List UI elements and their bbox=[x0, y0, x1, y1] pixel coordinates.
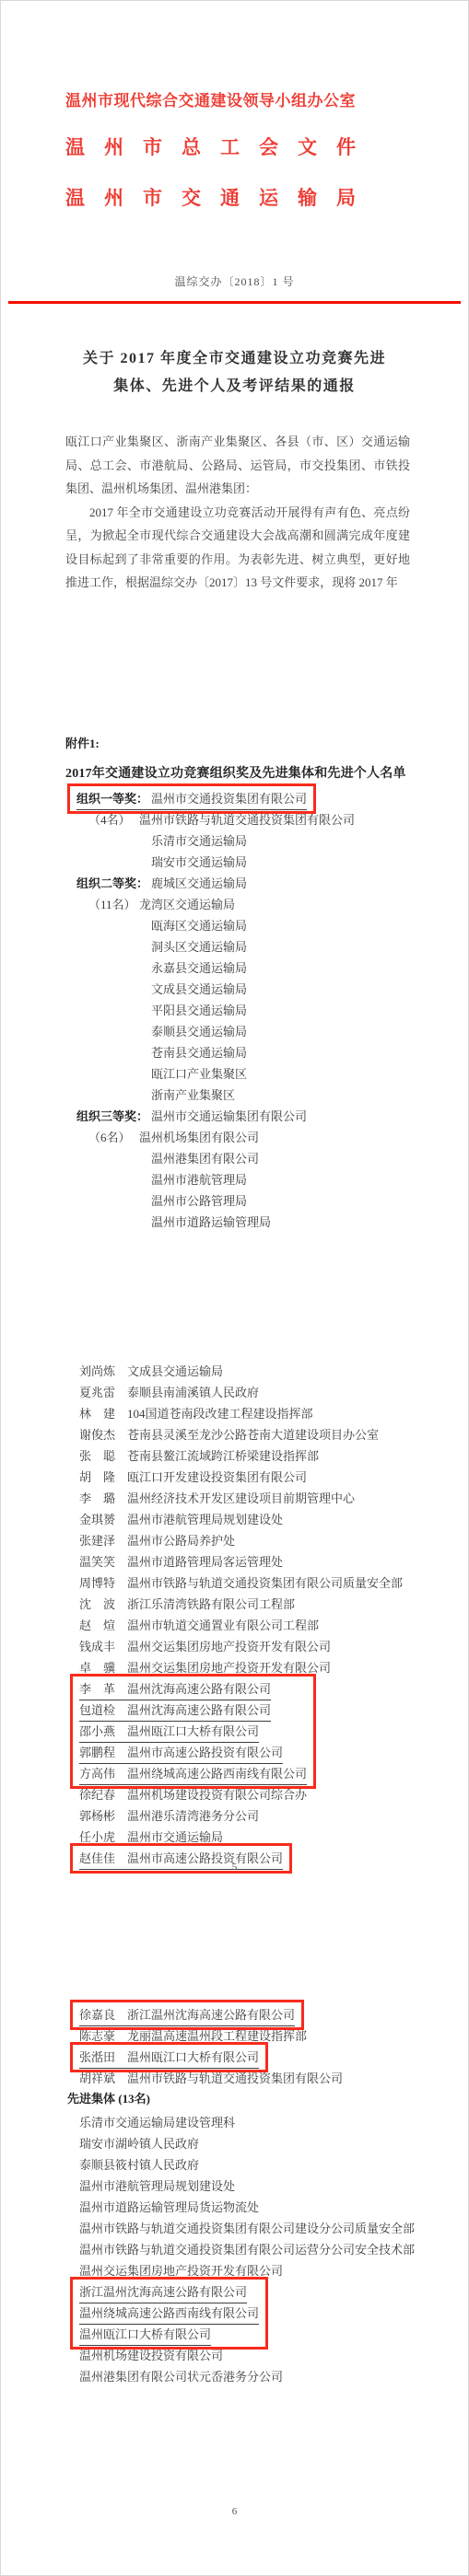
individual-row-text: 李 璐温州经济技术开发区建设项目前期管理中心 bbox=[79, 1488, 355, 1509]
individual-row: 胡 隆瓯江口开发建设投资集团有限公司 bbox=[79, 1467, 403, 1488]
page-number-6: 6 bbox=[1, 2506, 468, 2517]
letterhead: 温州市现代综合交通建设领导小组办公室 温 州 市 总 工 会 文 件 温 州 市… bbox=[65, 87, 356, 211]
collective-row-text: 泰顺县筱村镇人民政府 bbox=[79, 2154, 199, 2176]
individual-row-text: 方高伟温州绕城高速公路西南线有限公司 bbox=[79, 1763, 307, 1785]
award-row: 永嘉县交通运输局 bbox=[76, 957, 406, 979]
award-row: 组织三等奖：温州市交通运输集团有限公司 bbox=[76, 1106, 406, 1127]
individual-row-text: 张建泽温州市公路局养护处 bbox=[79, 1530, 235, 1551]
document-body: 瓯江口产业集聚区、浙南产业集聚区、各县（市、区）交通运输局、总工会、市港航局、公… bbox=[65, 430, 410, 595]
collective-row-text: 温州港集团有限公司状元岙港务分公司 bbox=[79, 2366, 283, 2387]
collective-row-text: 温州市港航管理局规划建设处 bbox=[79, 2176, 235, 2197]
individual-row-text: 张湉田温州瓯江口大桥有限公司 bbox=[79, 2047, 259, 2069]
award-row-text: 瓯江口产业集聚区 bbox=[76, 1063, 247, 1085]
award-row-text: 文成县交通运输局 bbox=[76, 979, 247, 1000]
collective-row: 瑞安市湖岭镇人民政府 bbox=[79, 2133, 415, 2154]
individual-row-text: 林 建104国道苍南段改建工程建设指挥部 bbox=[79, 1403, 313, 1424]
individual-row-text: 赵 煊温州市轨道交通置业有限公司工程部 bbox=[79, 1615, 319, 1636]
individual-row-text: 胡 隆瓯江口开发建设投资集团有限公司 bbox=[79, 1467, 307, 1488]
award-row: 乐清市交通运输局 bbox=[76, 830, 406, 852]
individual-row: 张 聪苍南县鳌江流域跨江桥梁建设指挥部 bbox=[79, 1445, 403, 1467]
award-row-text: 泰顺县交通运输局 bbox=[76, 1021, 247, 1042]
individual-row-text: 胡祥斌温州市铁路与轨道交通投资集团有限公司 bbox=[79, 2068, 343, 2089]
award-row: （6名）温州机场集团有限公司 bbox=[76, 1127, 406, 1148]
collective-row: 温州机场建设投资有限公司 bbox=[79, 2345, 415, 2366]
collective-row: 浙江温州沈海高速公路有限公司 bbox=[79, 2281, 259, 2303]
attachment-heading: 2017年交通建设立功竞赛组织奖及先进集体和先进个人名单 bbox=[65, 763, 406, 782]
individual-row: 刘尚炼文成县交通运输局 bbox=[79, 1361, 403, 1382]
individual-row-text: 钱成丰温州交运集团房地产投资开发有限公司 bbox=[79, 1636, 331, 1657]
award-row-text: 温州市港航管理局 bbox=[76, 1169, 247, 1190]
individual-row-text: 徐纪春温州机场建设投资有限公司综合办 bbox=[79, 1784, 307, 1805]
award-row: 瑞安市交通运输局 bbox=[76, 852, 406, 873]
individual-row: 徐纪春温州机场建设投资有限公司综合办 bbox=[79, 1784, 403, 1805]
attachment-section: 附件1: 2017年交通建设立功竞赛组织奖及先进集体和先进个人名单 组织一等奖：… bbox=[65, 734, 406, 1233]
highlight-red-box: 组织一等奖：温州市交通投资集团有限公司 bbox=[70, 786, 313, 811]
individual-row: 赵 煊温州市轨道交通置业有限公司工程部 bbox=[79, 1615, 403, 1636]
individual-row: 周博特温州市铁路与轨道交通投资集团有限公司质量安全部 bbox=[79, 1572, 403, 1594]
individual-row: 谢俊杰苍南县灵溪至龙沙公路苍南大道建设项目办公室 bbox=[79, 1424, 403, 1445]
collective-row: 温州瓯江口大桥有限公司 bbox=[79, 2324, 259, 2345]
collective-row: 温州绕城高速公路西南线有限公司 bbox=[79, 2303, 259, 2324]
individual-row-text: 夏兆雷泰顺县南浦溪镇人民政府 bbox=[79, 1382, 259, 1403]
award-row-text: 组织三等奖：温州市交通运输集团有限公司 bbox=[76, 1106, 307, 1127]
award-row: 瓯江口产业集聚区 bbox=[76, 1063, 406, 1085]
individual-row-text: 卓 骥温州交运集团房地产投资开发有限公司 bbox=[79, 1657, 331, 1678]
award-row-text: 瑞安市交通运输局 bbox=[76, 852, 247, 873]
collective-row-text: 浙江温州沈海高速公路有限公司 bbox=[79, 2281, 247, 2303]
collective-row-text: 乐清市交通运输局建设管理科 bbox=[79, 2112, 235, 2133]
collective-row: 温州交运集团房地产投资开发有限公司 bbox=[79, 2260, 415, 2281]
individual-row: 郭杨彬温州港乐清湾港务分公司 bbox=[79, 1805, 403, 1827]
award-row-text: 苍南县交通运输局 bbox=[76, 1042, 247, 1063]
collective-row-text: 温州瓯江口大桥有限公司 bbox=[79, 2324, 211, 2346]
individual-row: 沈 波浙江乐清湾铁路有限公司工程部 bbox=[79, 1594, 403, 1615]
attachment-label: 附件1: bbox=[65, 734, 406, 751]
individual-row: 李 璐温州经济技术开发区建设项目前期管理中心 bbox=[79, 1488, 403, 1509]
award-row: 瓯海区交通运输局 bbox=[76, 915, 406, 936]
award-row-text: （11名）龙湾区交通运输局 bbox=[76, 894, 235, 915]
award-row: 浙南产业集聚区 bbox=[76, 1085, 406, 1106]
collective-row-text: 温州绕城高速公路西南线有限公司 bbox=[79, 2303, 259, 2325]
award-row: （11名）龙湾区交通运输局 bbox=[76, 894, 406, 915]
award-row-text: 瓯海区交通运输局 bbox=[76, 915, 247, 936]
collective-row: 温州市道路运输管理局货运物流处 bbox=[79, 2197, 415, 2218]
advanced-individuals-list: 刘尚炼文成县交通运输局夏兆雷泰顺县南浦溪镇人民政府林 建104国道苍南段改建工程… bbox=[79, 1361, 403, 1869]
individual-row: 胡祥斌温州市铁路与轨道交通投资集团有限公司 bbox=[79, 2068, 343, 2089]
award-row-text: （6名）温州机场集团有限公司 bbox=[76, 1127, 259, 1148]
individual-row: 金琪赟温州市港航管理局规划建设处 bbox=[79, 1509, 403, 1530]
individual-row: 钱成丰温州交运集团房地产投资开发有限公司 bbox=[79, 1636, 403, 1657]
individual-row-text: 张 聪苍南县鳌江流域跨江桥梁建设指挥部 bbox=[79, 1445, 319, 1467]
individual-row-text: 李 革温州沈海高速公路有限公司 bbox=[79, 1678, 271, 1700]
individual-row: 温笑笑温州市道路管理局客运管理处 bbox=[79, 1551, 403, 1572]
individual-row-text: 徐嘉良浙江温州沈海高速公路有限公司 bbox=[79, 2004, 295, 2026]
red-divider-rule bbox=[8, 301, 461, 304]
advanced-collectives-list: 乐清市交通运输局建设管理科瑞安市湖岭镇人民政府泰顺县筱村镇人民政府温州市港航管理… bbox=[79, 2112, 415, 2387]
individual-row-text: 温笑笑温州市道路管理局客运管理处 bbox=[79, 1551, 283, 1572]
individual-row: 任小虎温州市交通运输局 bbox=[79, 1827, 403, 1848]
collective-row: 温州市港航管理局规划建设处 bbox=[79, 2176, 415, 2197]
award-row: 泰顺县交通运输局 bbox=[76, 1021, 406, 1042]
award-row-text: 乐清市交通运输局 bbox=[76, 830, 247, 852]
award-row: 洞头区交通运输局 bbox=[76, 936, 406, 957]
document-number: 温综交办〔2018〕1 号 bbox=[1, 273, 468, 289]
highlight-red-box: 张湉田温州瓯江口大桥有限公司 bbox=[73, 2045, 265, 2070]
award-row: 组织二等奖：鹿城区交通运输局 bbox=[76, 873, 406, 894]
individual-row-text: 包道检温州沈海高速公路有限公司 bbox=[79, 1700, 271, 1722]
advanced-collectives-section: 先进集体 (13名) 乐清市交通运输局建设管理科瑞安市湖岭镇人民政府泰顺县筱村镇… bbox=[67, 2089, 415, 2387]
page-number-5: 5 bbox=[1, 1862, 468, 1873]
individual-row-text: 沈 波浙江乐清湾铁路有限公司工程部 bbox=[79, 1594, 295, 1615]
highlight-red-box: 浙江温州沈海高速公路有限公司温州绕城高速公路西南线有限公司温州瓯江口大桥有限公司 bbox=[73, 2280, 265, 2347]
collective-row: 乐清市交通运输局建设管理科 bbox=[79, 2112, 415, 2133]
individual-row-text: 邵小燕温州瓯江口大桥有限公司 bbox=[79, 1721, 259, 1743]
award-row-text: 平阳县交通运输局 bbox=[76, 1000, 247, 1021]
individual-row-text: 陈志豪龙丽温高速温州段工程建设指挥部 bbox=[79, 2025, 307, 2047]
award-row-text: 组织一等奖：温州市交通投资集团有限公司 bbox=[76, 788, 307, 810]
award-row: 苍南县交通运输局 bbox=[76, 1042, 406, 1063]
collective-row-text: 温州机场建设投资有限公司 bbox=[79, 2345, 223, 2366]
collective-row: 温州港集团有限公司状元岙港务分公司 bbox=[79, 2366, 415, 2387]
organization-award-list: 组织一等奖：温州市交通投资集团有限公司（4名）温州市铁路与轨道交通投资集团有限公… bbox=[76, 786, 406, 1233]
award-row: 平阳县交通运输局 bbox=[76, 1000, 406, 1021]
letterhead-line-2: 温 州 市 总 工 会 文 件 bbox=[65, 133, 356, 160]
individual-row: 方高伟温州绕城高速公路西南线有限公司 bbox=[79, 1763, 307, 1784]
advanced-collectives-heading: 先进集体 (13名) bbox=[67, 2089, 415, 2106]
individual-row-text: 金琪赟温州市港航管理局规划建设处 bbox=[79, 1509, 283, 1530]
body-paragraph: 2017 年全市交通建设立功竞赛活动开展得有声有色、亮点纷呈，为掀起全市现代综合… bbox=[65, 501, 410, 595]
award-row-text: 洞头区交通运输局 bbox=[76, 936, 247, 957]
individual-row-text: 刘尚炼文成县交通运输局 bbox=[79, 1361, 223, 1382]
collective-row-text: 温州市道路运输管理局货运物流处 bbox=[79, 2197, 259, 2218]
document-title-line-1: 关于 2017 年度全市交通建设立功竞赛先进 bbox=[1, 345, 468, 373]
award-row-text: 温州市道路运输管理局 bbox=[76, 1212, 271, 1233]
individual-row: 徐嘉良浙江温州沈海高速公路有限公司 bbox=[79, 2004, 295, 2025]
award-row-text: （4名）温州市铁路与轨道交通投资集团有限公司 bbox=[76, 809, 355, 830]
award-row: （4名）温州市铁路与轨道交通投资集团有限公司 bbox=[76, 809, 406, 830]
award-row-text: 浙南产业集聚区 bbox=[76, 1085, 235, 1106]
collective-row-text: 温州市铁路与轨道交通投资集团有限公司运营分公司安全技术部 bbox=[79, 2239, 415, 2260]
award-row: 组织一等奖：温州市交通投资集团有限公司 bbox=[76, 788, 307, 809]
award-row-text: 组织二等奖：鹿城区交通运输局 bbox=[76, 873, 247, 894]
individual-row: 林 建104国道苍南段改建工程建设指挥部 bbox=[79, 1403, 403, 1424]
award-row: 温州市港航管理局 bbox=[76, 1169, 406, 1190]
collective-row-text: 温州交运集团房地产投资开发有限公司 bbox=[79, 2260, 283, 2281]
letterhead-line-3: 温 州 市 交 通 运 输 局 bbox=[65, 183, 356, 211]
individual-row: 包道检温州沈海高速公路有限公司 bbox=[79, 1700, 307, 1721]
individual-row: 李 革温州沈海高速公路有限公司 bbox=[79, 1678, 307, 1700]
highlight-red-box: 徐嘉良浙江温州沈海高速公路有限公司 bbox=[73, 2002, 301, 2027]
document-title-line-2: 集体、先进个人及考评结果的通报 bbox=[1, 373, 468, 400]
individual-row-text: 任小虎温州市交通运输局 bbox=[79, 1827, 223, 1848]
award-row-text: 温州市公路管理局 bbox=[76, 1190, 247, 1212]
individual-row: 张湉田温州瓯江口大桥有限公司 bbox=[79, 2047, 259, 2068]
award-row: 温州市公路管理局 bbox=[76, 1190, 406, 1212]
individual-row-text: 周博特温州市铁路与轨道交通投资集团有限公司质量安全部 bbox=[79, 1572, 403, 1594]
letterhead-line-1: 温州市现代综合交通建设领导小组办公室 bbox=[65, 87, 356, 110]
advanced-individuals-list-continued: 徐嘉良浙江温州沈海高速公路有限公司陈志豪龙丽温高速温州段工程建设指挥部张湉田温州… bbox=[79, 2004, 343, 2089]
individual-row-text: 谢俊杰苍南县灵溪至龙沙公路苍南大道建设项目办公室 bbox=[79, 1424, 379, 1445]
individual-row: 郭鹏程温州市高速公路投资有限公司 bbox=[79, 1742, 307, 1763]
individual-row-text: 郭杨彬温州港乐清湾港务分公司 bbox=[79, 1805, 259, 1827]
addressee-paragraph: 瓯江口产业集聚区、浙南产业集聚区、各县（市、区）交通运输局、总工会、市港航局、公… bbox=[65, 430, 410, 501]
document-title: 关于 2017 年度全市交通建设立功竞赛先进 集体、先进个人及考评结果的通报 bbox=[1, 345, 468, 400]
collective-row: 温州市铁路与轨道交通投资集团有限公司运营分公司安全技术部 bbox=[79, 2239, 415, 2260]
individual-row: 陈志豪龙丽温高速温州段工程建设指挥部 bbox=[79, 2025, 343, 2047]
highlight-red-box: 李 革温州沈海高速公路有限公司包道检温州沈海高速公路有限公司邵小燕温州瓯江口大桥… bbox=[73, 1677, 313, 1786]
award-row-text: 温州港集团有限公司 bbox=[76, 1148, 259, 1169]
individual-row: 卓 骥温州交运集团房地产投资开发有限公司 bbox=[79, 1657, 403, 1678]
individual-row: 张建泽温州市公路局养护处 bbox=[79, 1530, 403, 1551]
collective-row: 温州市铁路与轨道交通投资集团有限公司建设分公司质量安全部 bbox=[79, 2218, 415, 2239]
individual-row-text: 郭鹏程温州市高速公路投资有限公司 bbox=[79, 1742, 283, 1764]
award-row: 温州市道路运输管理局 bbox=[76, 1212, 406, 1233]
document-page: 温州市现代综合交通建设领导小组办公室 温 州 市 总 工 会 文 件 温 州 市… bbox=[0, 0, 469, 2576]
award-row: 温州港集团有限公司 bbox=[76, 1148, 406, 1169]
award-row: 文成县交通运输局 bbox=[76, 979, 406, 1000]
individual-row: 邵小燕温州瓯江口大桥有限公司 bbox=[79, 1721, 307, 1742]
award-row-text: 永嘉县交通运输局 bbox=[76, 957, 247, 979]
collective-row-text: 瑞安市湖岭镇人民政府 bbox=[79, 2133, 199, 2154]
collective-row: 泰顺县筱村镇人民政府 bbox=[79, 2154, 415, 2176]
individual-row: 夏兆雷泰顺县南浦溪镇人民政府 bbox=[79, 1382, 403, 1403]
collective-row-text: 温州市铁路与轨道交通投资集团有限公司建设分公司质量安全部 bbox=[79, 2218, 415, 2239]
